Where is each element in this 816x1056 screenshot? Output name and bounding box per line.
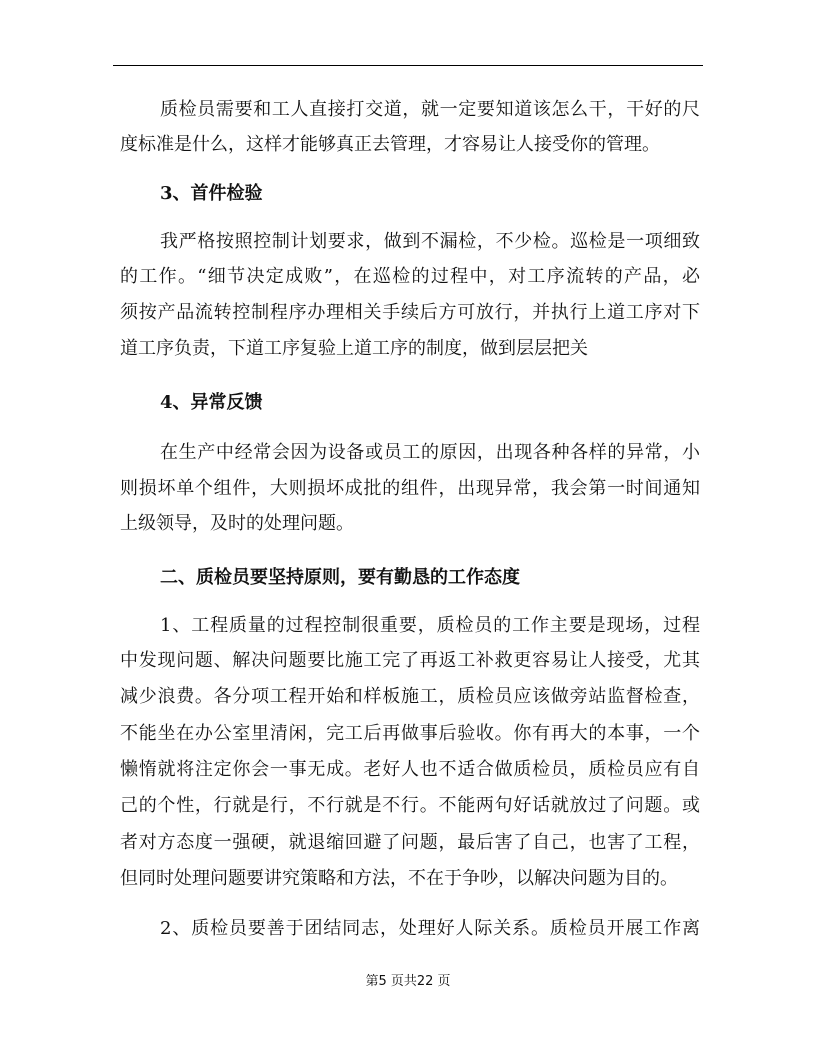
chapter-heading: 二、质检员要坚持原则，要有勤恳的工作态度 <box>160 566 520 590</box>
body-line: 则损坏单个组件，大则损坏成批的组件，出现异常，我会第一时间通知 <box>120 477 700 501</box>
body-line: 的工作。“细节决定成败”，在巡检的过程中，对工序流转的产品，必 <box>120 265 700 289</box>
body-line: 上级领导，及时的处理问题。 <box>120 512 700 536</box>
body-line: 减少浪费。各分项工程开始和样板施工，质检员应该做旁站监督检查， <box>120 685 700 709</box>
body-line: 须按产品流转控制程序办理相关手续后方可放行，并执行上道工序对下 <box>120 301 700 325</box>
document-page: 质检员需要和工人直接打交道，就一定要知道该怎么干，干好的尺 度标准是什么，这样才… <box>0 0 816 1056</box>
body-line: 2、质检员要善于团结同志，处理好人际关系。质检员开展工作离 <box>160 917 700 941</box>
body-line: 中发现问题、解决问题要比施工完了再返工补救更容易让人接受，尤其 <box>120 649 700 673</box>
body-line: 懒惰就将注定你会一事无成。老好人也不适合做质检员，质检员应有自 <box>120 758 700 782</box>
body-line: 质检员需要和工人直接打交道，就一定要知道该怎么干，干好的尺 <box>160 98 700 122</box>
section-heading: 3、首件检验 <box>160 182 263 206</box>
page-number-footer: 第5 页共22 页 <box>0 972 816 992</box>
body-line: 在生产中经常会因为设备或员工的原因，出现各种各样的异常，小 <box>160 441 700 465</box>
body-line: 度标准是什么，这样才能够真正去管理，才容易让人接受你的管理。 <box>120 133 700 157</box>
header-rule <box>113 65 703 66</box>
body-line: 但同时处理问题要讲究策略和方法，不在于争吵，以解决问题为目的。 <box>120 867 700 891</box>
body-line: 道工序负责，下道工序复验上道工序的制度，做到层层把关 <box>120 337 700 361</box>
section-heading: 4、异常反馈 <box>160 391 263 415</box>
body-line: 我严格按照控制计划要求，做到不漏检，不少检。巡检是一项细致 <box>160 230 700 254</box>
body-line: 1、工程质量的过程控制很重要，质检员的工作主要是现场，过程 <box>160 614 700 638</box>
body-line: 己的个性，行就是行，不行就是不行。不能两句好话就放过了问题。或 <box>120 794 700 818</box>
body-line: 者对方态度一强硬，就退缩回避了问题，最后害了自己，也害了工程， <box>120 831 700 855</box>
body-line: 不能坐在办公室里清闲，完工后再做事后验收。你有再大的本事，一个 <box>120 722 700 746</box>
